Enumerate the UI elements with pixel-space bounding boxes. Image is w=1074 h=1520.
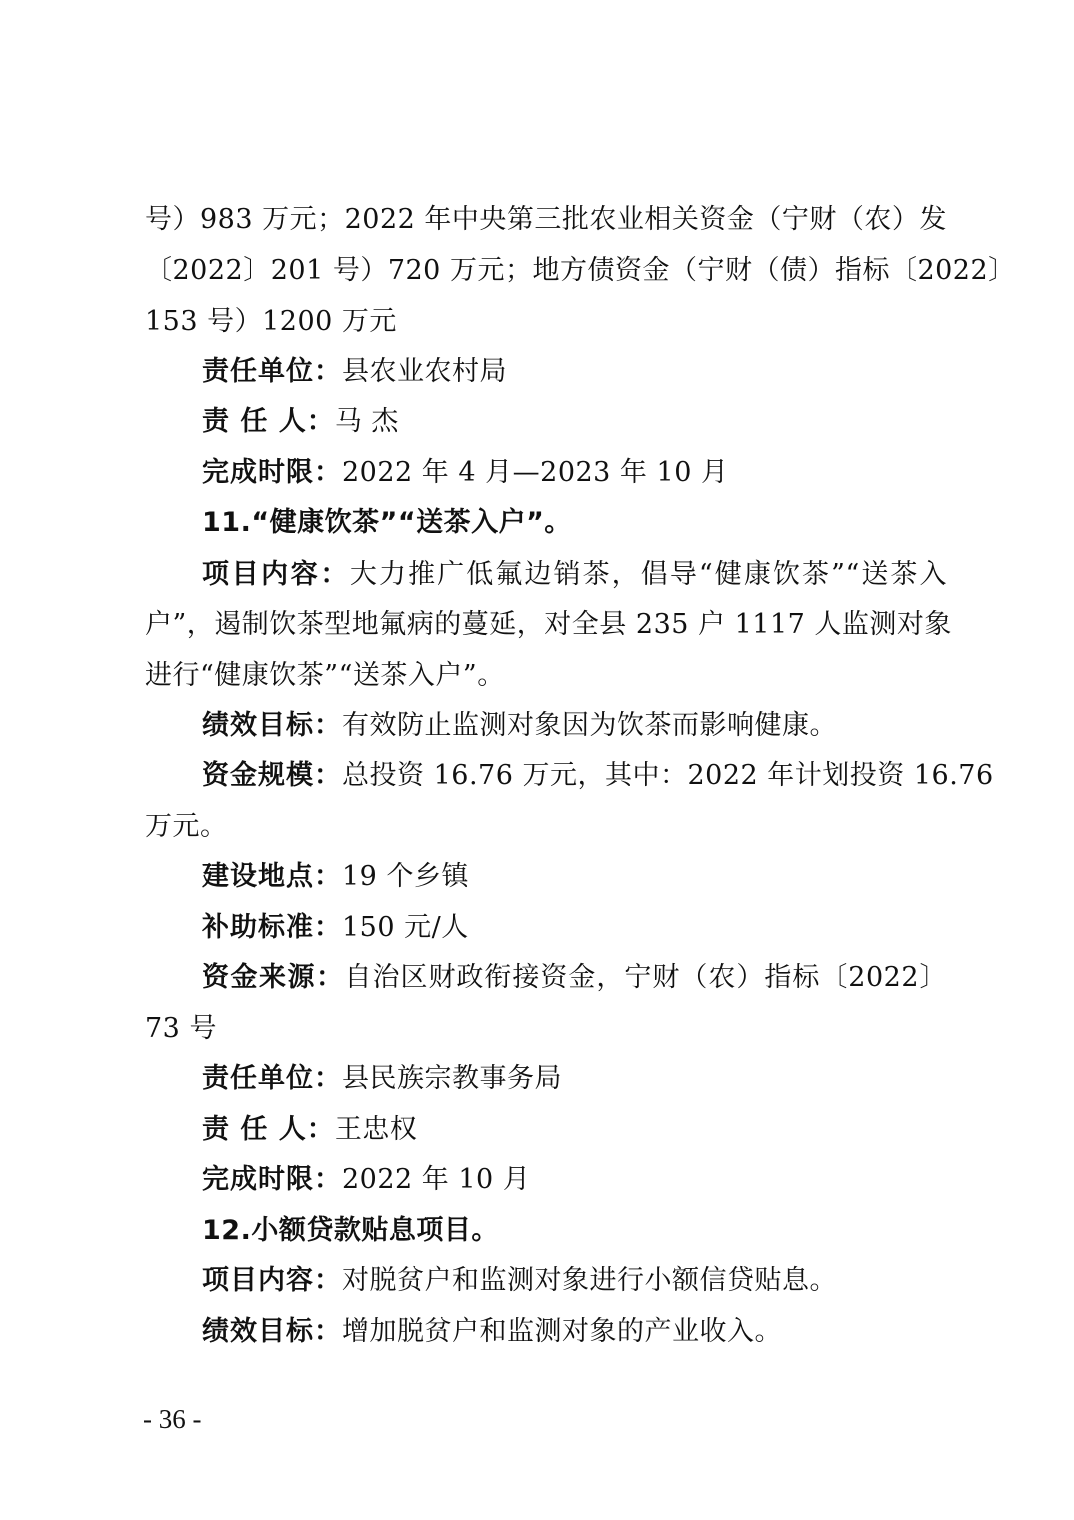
field-value: 有效防止监测对象因为饮茶而影响健康。 (342, 710, 837, 741)
funding-source-row: 资金来源：自治区财政衔接资金，宁财（农）指标〔2022〕 (202, 961, 947, 995)
field-label: 完成时限： (202, 1164, 342, 1195)
field-label: 资金规模： (202, 760, 342, 791)
body-text-line: 户”，遏制饮茶型地氟病的蔓延，对全县 235 户 1117 人监测对象 (145, 608, 945, 642)
field-value: 150 元/人 (342, 912, 469, 943)
field-value: 19 个乡镇 (342, 861, 469, 892)
field-label: 责 任 人： (202, 406, 335, 437)
project-content-row: 项目内容：大力推广低氟边销茶，倡导“健康饮茶”“送茶入 (202, 558, 947, 592)
field-label: 责 任 人： (202, 1114, 335, 1145)
performance-goal-row: 绩效目标：增加脱贫户和监测对象的产业收入。 (202, 1315, 947, 1349)
field-value: 马 杰 (335, 406, 399, 437)
responsible-unit-row: 责任单位：县民族宗教事务局 (202, 1062, 947, 1096)
responsible-person-row: 责 任 人：王忠权 (202, 1113, 947, 1147)
body-text-line: 〔2022〕201 号）720 万元；地方债资金（宁财（债）指标〔2022〕 (145, 254, 945, 288)
deadline-row: 完成时限：2022 年 4 月—2023 年 10 月 (202, 456, 947, 490)
field-label: 完成时限： (202, 457, 342, 488)
body-text-line: 73 号 (145, 1012, 945, 1046)
field-label: 责任单位： (202, 356, 342, 387)
deadline-row: 完成时限：2022 年 10 月 (202, 1163, 947, 1197)
field-value: 大力推广低氟边销茶，倡导“健康饮茶”“送茶入 (350, 559, 947, 590)
field-value: 2022 年 4 月—2023 年 10 月 (342, 457, 728, 488)
field-label: 绩效目标： (202, 710, 342, 741)
field-value: 县民族宗教事务局 (342, 1063, 562, 1094)
document-page: 号）983 万元；2022 年中央第三批农业相关资金（宁财（农）发 〔2022〕… (0, 0, 1074, 1520)
field-value: 王忠权 (335, 1114, 418, 1145)
page-number: - 36 - (143, 1402, 201, 1436)
field-label: 绩效目标： (202, 1316, 342, 1347)
section-heading-12: 12.小额贷款贴息项目。 (202, 1214, 947, 1248)
body-text-line: 万元。 (145, 810, 945, 844)
field-label: 项目内容： (202, 1265, 342, 1296)
project-content-row: 项目内容：对脱贫户和监测对象进行小额信贷贴息。 (202, 1264, 947, 1298)
field-label: 项目内容： (202, 559, 350, 590)
responsible-unit-row: 责任单位：县农业农村局 (202, 355, 947, 389)
field-value: 增加脱贫户和监测对象的产业收入。 (342, 1316, 782, 1347)
responsible-person-row: 责 任 人：马 杰 (202, 405, 947, 439)
field-label: 建设地点： (202, 861, 342, 892)
field-label: 资金来源： (202, 962, 344, 993)
funding-scale-row: 资金规模：总投资 16.76 万元，其中：2022 年计划投资 16.76 (202, 759, 947, 793)
body-text-line: 号）983 万元；2022 年中央第三批农业相关资金（宁财（农）发 (145, 203, 945, 237)
performance-goal-row: 绩效目标：有效防止监测对象因为饮茶而影响健康。 (202, 709, 947, 743)
body-text-line: 进行“健康饮茶”“送茶入户”。 (145, 659, 945, 693)
field-value: 自治区财政衔接资金，宁财（农）指标〔2022〕 (344, 962, 947, 993)
subsidy-standard-row: 补助标准：150 元/人 (202, 911, 947, 945)
field-label: 责任单位： (202, 1063, 342, 1094)
field-value: 对脱贫户和监测对象进行小额信贷贴息。 (342, 1265, 837, 1296)
body-text-line: 153 号）1200 万元 (145, 305, 945, 339)
field-value: 县农业农村局 (342, 356, 507, 387)
section-heading-11: 11.“健康饮茶”“送茶入户”。 (202, 506, 947, 540)
field-value: 总投资 16.76 万元，其中：2022 年计划投资 16.76 (342, 760, 994, 791)
location-row: 建设地点：19 个乡镇 (202, 860, 947, 894)
field-label: 补助标准： (202, 912, 342, 943)
field-value: 2022 年 10 月 (342, 1164, 530, 1195)
